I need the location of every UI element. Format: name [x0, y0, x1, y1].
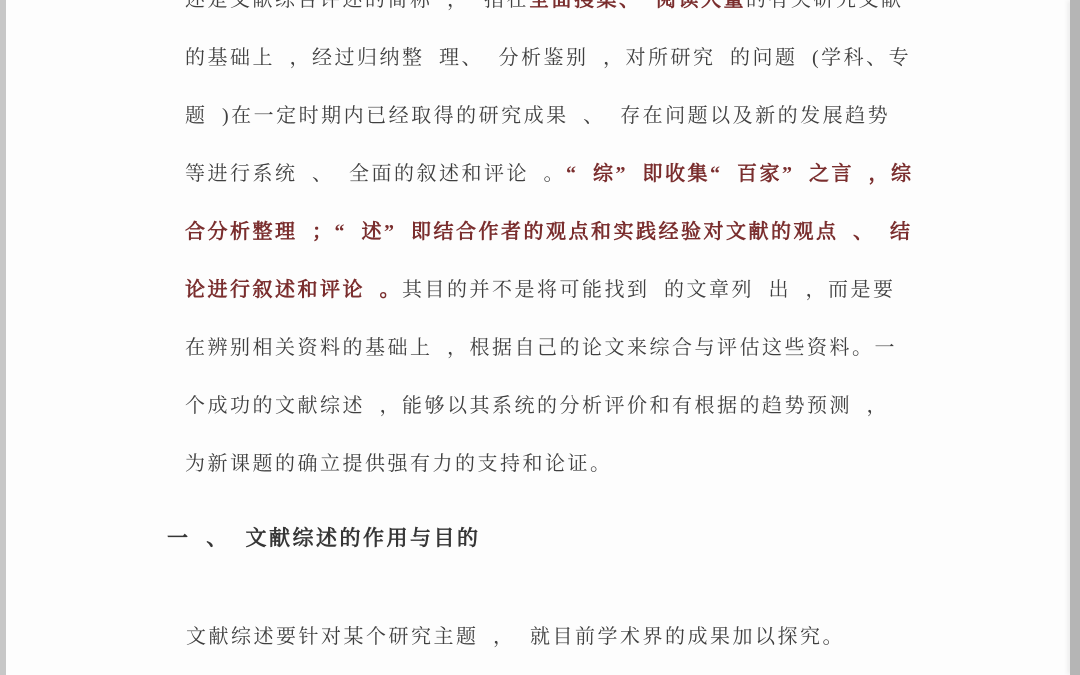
paragraph-section-intro: 文献综述要针对某个研究主题 ， 就目前学术界的成果加以探究。	[186, 622, 845, 652]
body-text: 个成功的文献综述 ，能够以其系统的分析评价和有根据的趋势预测 ，	[185, 395, 889, 417]
body-text: 为新课题的确立提供强有力的支持和论证。	[185, 453, 613, 475]
emphasized-text: 全面搜集、 阅读大量	[529, 0, 746, 11]
emphasized-text: 合分析整理 ；“ 述” 即结合作者的观点和实践经验对文献的观点 、 结	[185, 221, 913, 243]
video-frame: 述是文献综合评述的简称 ， 指在全面搜集、 阅读大量的有关研究文献的基础上 ，经…	[0, 0, 1080, 675]
body-text: 的基础上 ，经过归纳整 理、 分析鉴别 ，对所研究 的问题 (学科、专	[185, 47, 911, 69]
emphasized-text: “ 综” 即收集“ 百家” 之言 ，综	[566, 163, 914, 185]
text-line: 个成功的文献综述 ，能够以其系统的分析评价和有根据的趋势预测 ，	[185, 377, 925, 435]
body-text: 等进行系统 、 全面的叙述和评论 。	[185, 163, 566, 185]
document-page: 述是文献综合评述的简称 ， 指在全面搜集、 阅读大量的有关研究文献的基础上 ，经…	[6, 0, 1070, 675]
text-line: 为新课题的确立提供强有力的支持和论证。	[185, 435, 925, 493]
body-text: 题 )在一定时期内已经取得的研究成果 、 存在问题以及新的发展趋势	[185, 105, 890, 127]
text-line: 合分析整理 ；“ 述” 即结合作者的观点和实践经验对文献的观点 、 结	[185, 203, 925, 261]
right-edge-strip	[1070, 0, 1080, 675]
body-text: 其目的并不是将可能找到 的文章列 出 ，而是要	[402, 279, 896, 301]
emphasized-text: 论进行叙述和评论 。	[185, 279, 402, 301]
body-text: 在辨别相关资料的基础上 ，根据自己的论文来综合与评估这些资料。一	[185, 337, 897, 359]
body-text: 述是文献综合评述的简称 ， 指在	[185, 0, 529, 11]
text-line: 在辨别相关资料的基础上 ，根据自己的论文来综合与评估这些资料。一	[185, 319, 925, 377]
section-heading: 一 、 文献综述的作用与目的	[167, 524, 481, 552]
text-line: 述是文献综合评述的简称 ， 指在全面搜集、 阅读大量的有关研究文献	[185, 0, 925, 29]
text-line: 论进行叙述和评论 。其目的并不是将可能找到 的文章列 出 ，而是要	[185, 261, 925, 319]
text-line: 等进行系统 、 全面的叙述和评论 。“ 综” 即收集“ 百家” 之言 ，综	[185, 145, 925, 203]
text-line: 的基础上 ，经过归纳整 理、 分析鉴别 ，对所研究 的问题 (学科、专	[185, 29, 925, 87]
text-line: 题 )在一定时期内已经取得的研究成果 、 存在问题以及新的发展趋势	[185, 87, 925, 145]
paragraph-literature-review-definition: 述是文献综合评述的简称 ， 指在全面搜集、 阅读大量的有关研究文献的基础上 ，经…	[185, 0, 925, 493]
body-text: 的有关研究文献	[746, 0, 904, 11]
